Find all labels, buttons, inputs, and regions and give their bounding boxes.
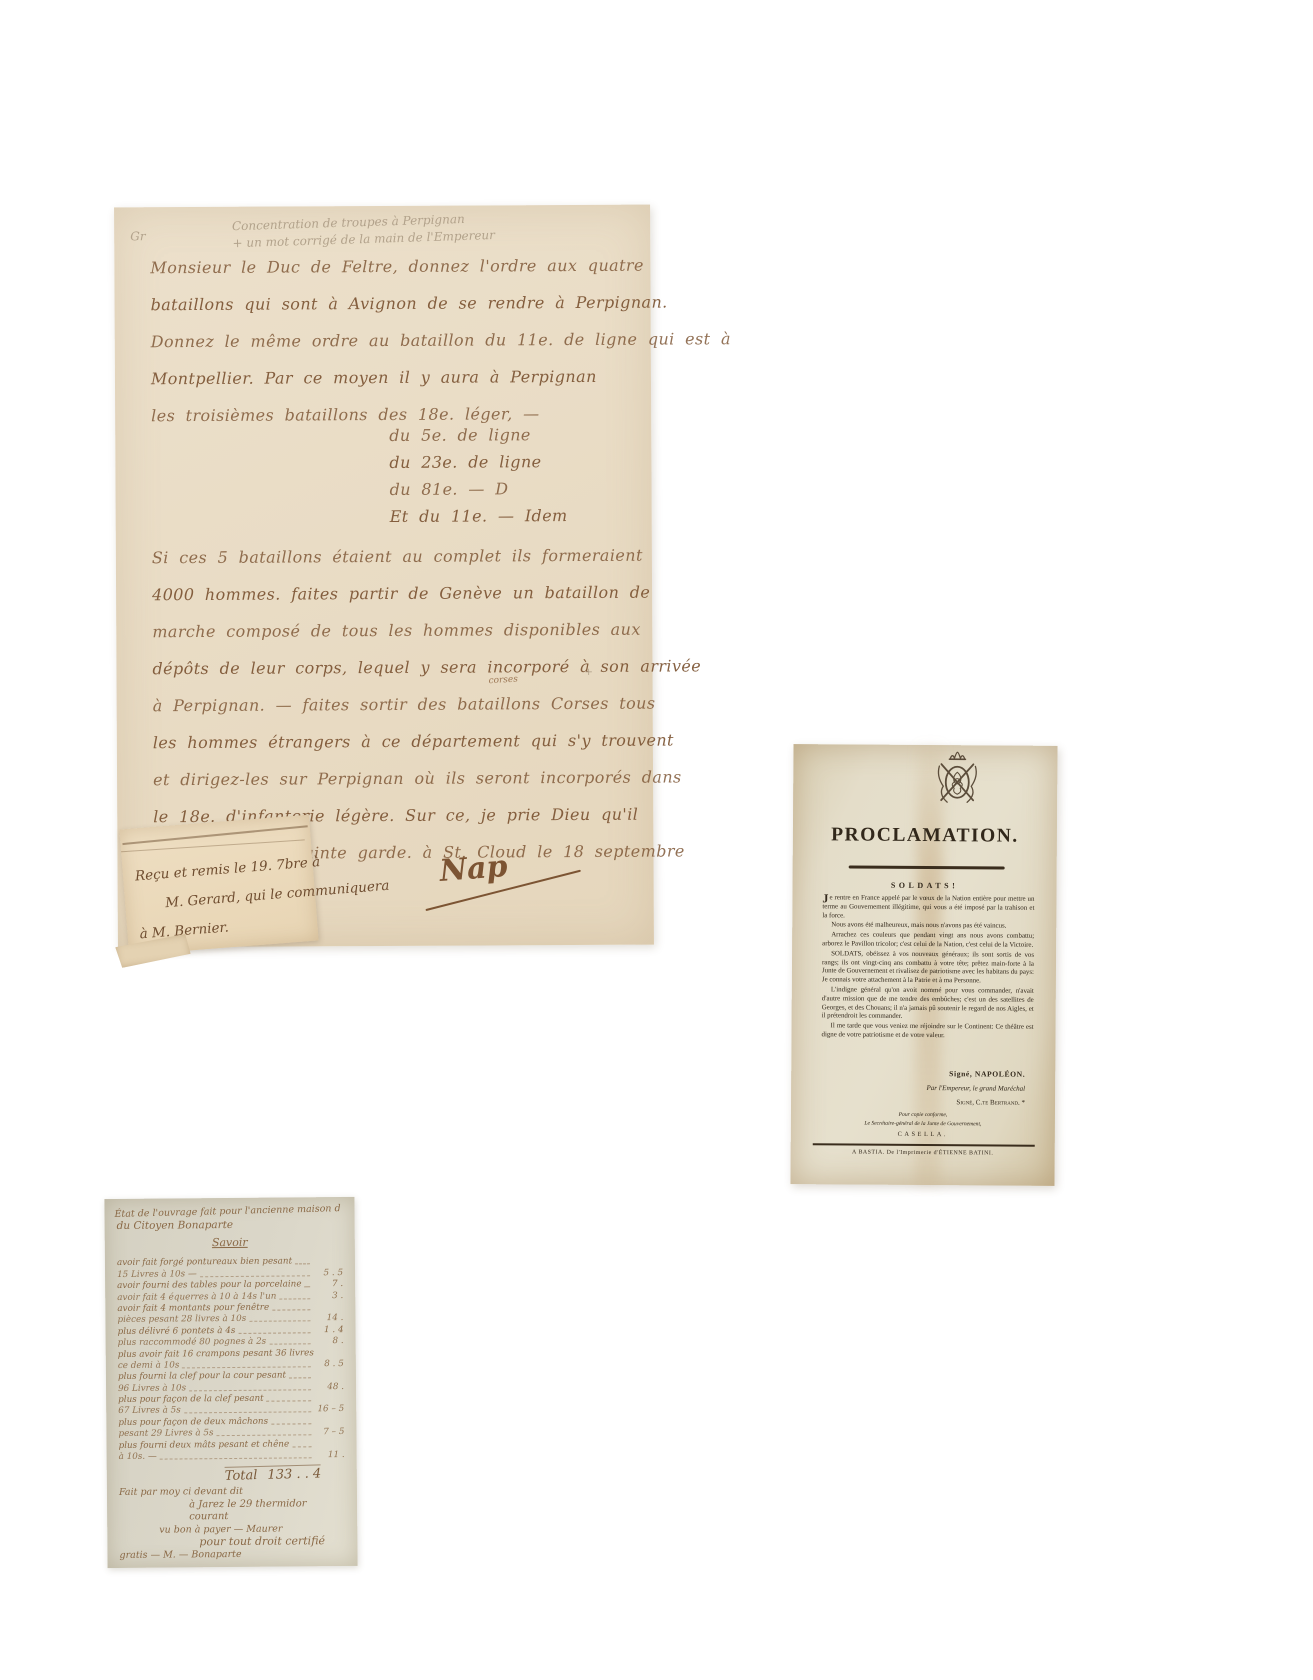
par-empereur-line: Par l'Empereur, le grand Maréchal [926,1081,1025,1096]
account-document: État de l'ouvrage fait pour l'ancienne m… [104,1197,357,1568]
regiment-list-line: du 23e. de ligne [389,448,567,476]
secretary-line: Le Secrétaire-général de la Junte de Gou… [791,1119,1055,1129]
signed-napoleon-line: Signé, NAPOLÉON. [927,1067,1026,1082]
letter-line: marche composé de tous les hommes dispon… [152,611,640,651]
proclamation-paragraph: Nous avons été malheureux, mais nous n'a… [822,922,1034,932]
dotted-leader [279,1298,310,1299]
account-entry-row: 15 Livres à 10s — 5 . 5 [117,1266,343,1279]
account-entries: avoir fait forgé pontureaux bien pesant … [117,1255,345,1462]
interlinear-correction: corses [488,675,518,687]
dotted-leader [189,1389,311,1391]
soldats-heading: SOLDATS! [793,880,1057,891]
account-entry-row: à 10s. — 11 . [119,1449,345,1462]
entry-description: pesant 29 Livres à 5s [118,1428,213,1439]
entry-description: ce demi à 10s [118,1360,180,1371]
pencil-annotation: Concentration de troupes à Perpignan + u… [232,210,495,252]
letter-line: dépôts de leur corps, lequel y sera inco… [152,648,640,688]
account-entry-row: pesant 29 Livres à 5s 7 – 5 [118,1426,344,1439]
entry-amount: 7 . [313,1279,343,1289]
account-header-line: État de l'ouvrage fait pour l'ancienne m… [114,1203,340,1220]
photographed-documents: Concentration de troupes à Perpignan + u… [0,0,1313,1680]
dotted-leader [292,1446,311,1447]
entry-amount: 3 . [313,1291,343,1301]
proclamation-paragraph: Il me tarde que vous veniez me réjoindre… [821,1022,1033,1041]
corner-mark: Gr [130,229,145,243]
entry-description: 96 Livres à 10s [118,1383,186,1394]
account-entry-row: ce demi à 10s 8 . 5 [118,1358,344,1371]
letter-line: Donnez le même ordre au bataillon du 11e… [151,321,639,361]
letter-line: Montpellier. Par ce moyen il y aura à Pe… [151,358,639,398]
letter-line: Monsieur le Duc de Feltre, donnez l'ordr… [150,247,638,287]
account-entry-row: pièces pesant 28 livres à 10s 14 . [117,1312,343,1325]
letter-line: 4000 hommes. faites partir de Genève un … [152,574,640,614]
entry-description: à 10s. — [119,1452,157,1462]
account-header-line: du Citoyen Bonaparte [117,1219,234,1232]
dotted-leader [217,1435,312,1437]
proclamation-document: PROCLAMATION. SOLDATS! Je rentre en Fran… [790,744,1057,1186]
receipt-slip: Reçu et remis le 19. 7bre àM. Gerard, qu… [119,815,318,956]
dotted-leader [238,1332,310,1334]
entry-amount: 8 . [314,1336,344,1346]
proclamation-paragraph: Arrachez ces couleurs que pendant vingt … [822,931,1034,950]
dotted-leader [184,1412,312,1414]
letter-line: Si ces 5 bataillons étaient au complet i… [152,537,640,577]
account-entry-row: avoir fait 4 équerres à 10 à 14s l'un 3 … [117,1289,343,1302]
total-label: Total [225,1468,258,1484]
letter-line: bataillons qui sont à Avignon de se rend… [150,284,638,324]
dotted-leader [269,1343,310,1344]
entry-description: 67 Livres à 5s [118,1406,181,1417]
entry-description: pièces pesant 28 livres à 10s [117,1314,246,1325]
divider-rule [813,1143,1035,1147]
napoleon-signature: Nap [438,849,508,889]
dotted-leader [295,1264,310,1265]
regiment-list-line: du 81e. — D [389,475,567,503]
entry-description: plus raccommodé 80 pognes à 2s [118,1337,267,1348]
dotted-leader [182,1366,311,1368]
dotted-leader [200,1275,310,1277]
regiment-list: du 5e. de lignedu 23e. de lignedu 81e. —… [389,421,567,530]
proclamation-paragraph: SOLDATS, obéissez à vos nouveaux générau… [822,950,1034,987]
account-entry-row: 96 Livres à 10s 48 . [118,1380,344,1393]
account-footer-line: gratis — M. — Bonaparte [119,1547,347,1561]
regiment-list-line: du 5e. de ligne [389,421,567,449]
letter-body-top: Monsieur le Duc de Feltre, donnez l'ordr… [150,247,639,435]
dotted-leader [267,1400,312,1401]
correction-plus-mark: + [584,667,592,678]
printer-imprint: A BASTIA. De l'Imprimerie d'ÉTIENNE BATI… [791,1149,1055,1157]
proclamation-body: Je rentre en France appelé par le vœux d… [821,894,1034,1042]
dotted-leader [289,1378,311,1379]
account-footer: Fait par moy ci devant dità Jarez le 29 … [119,1485,348,1562]
entry-amount: 16 – 5 [314,1404,344,1414]
account-footer-line: à Jarez le 29 thermidor courant [119,1497,347,1524]
account-total: Total133 . . 4 [225,1464,322,1484]
dotted-leader [271,1423,311,1424]
proclamation-paragraph: L'indigne général qu'on avoit nommé pour… [822,986,1034,1023]
entry-amount: 7 – 5 [314,1427,344,1437]
dotted-leader [272,1309,310,1310]
entry-amount: 8 . 5 [314,1359,344,1369]
imperial-crest-icon [933,750,981,808]
letter-line: les hommes étrangers à ce département qu… [153,722,641,762]
signature-block: Signé, NAPOLÉON. Par l'Empereur, le gran… [926,1067,1025,1110]
savoir-heading: Savoir [105,1235,355,1250]
casella-line: CASELLA. [791,1130,1055,1140]
proclamation-paragraph: Je rentre en France appelé par le vœux d… [822,894,1034,922]
letter-line: à Perpignan. — faites sortir des bataill… [153,685,641,725]
entry-description: avoir fait 4 équerres à 10 à 14s l'un [117,1291,276,1302]
regiment-list-line: Et du 11e. — Idem [390,502,568,530]
signed-bertrand-line: Signé, C.te Bertrand. * [926,1095,1025,1110]
proclamation-title: PROCLAMATION. [793,824,1057,848]
total-value: 133 . . 4 [267,1466,321,1482]
entry-amount: 14 . [313,1313,343,1323]
dotted-leader [160,1457,312,1459]
entry-amount: 11 . [315,1450,345,1460]
letter-line: et dirigez-les sur Perpignan où ils sero… [153,759,641,799]
entry-amount: 5 . 5 [313,1268,343,1278]
entry-amount: 1 . 4 [314,1325,344,1335]
dotted-leader [249,1321,310,1323]
dotted-leader [305,1286,311,1287]
entry-amount: 48 . [314,1382,344,1392]
certified-copy-block: Pour copie conforme, Le Secrétaire-génér… [791,1110,1055,1140]
account-entry-row: plus raccommodé 80 pognes à 2s 8 . [118,1335,344,1348]
entry-description: 15 Livres à 10s — [117,1269,197,1280]
divider-rule [849,865,1005,869]
account-entry-row: 67 Livres à 5s 16 – 5 [118,1403,344,1416]
account-footer-line: pour tout droit certifié [119,1535,347,1549]
